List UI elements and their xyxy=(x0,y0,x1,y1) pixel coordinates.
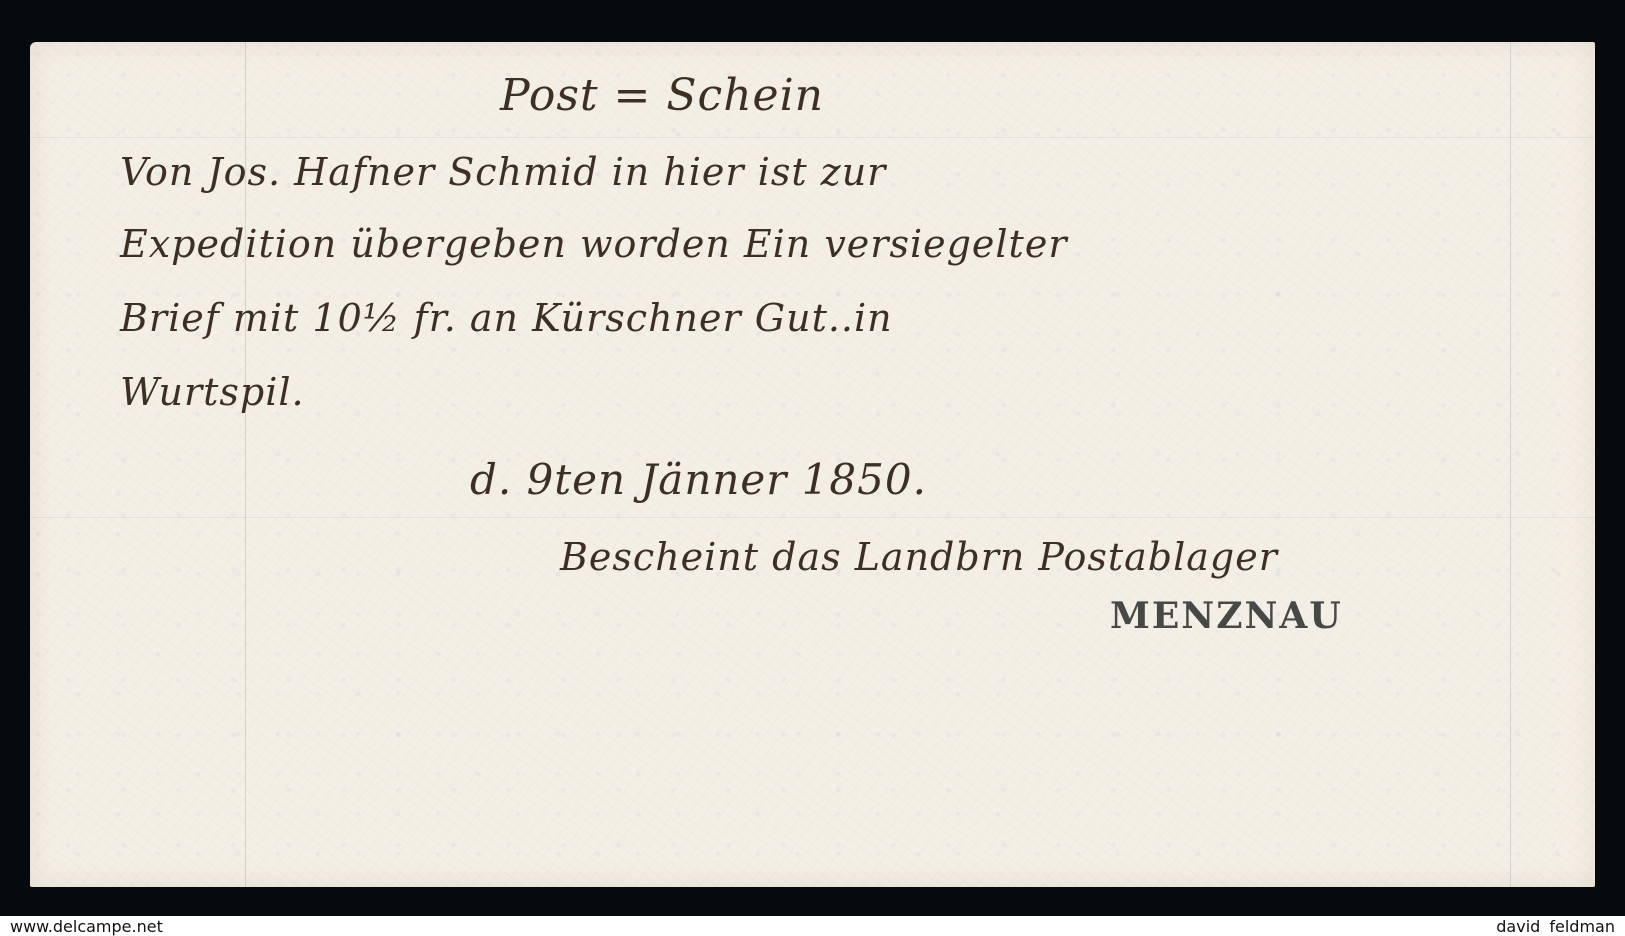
ruled-line xyxy=(30,517,1595,518)
seller-label: david feldman xyxy=(1496,917,1615,936)
text-line: Wurtspil. xyxy=(120,370,305,414)
text-line: Von Jos. Hafner Schmid in hier ist zur xyxy=(120,150,886,194)
date-line: d. 9ten Jänner 1850. xyxy=(470,455,927,504)
text-line: Brief mit 10½ fr. an Kürschner Gut..in xyxy=(120,296,893,340)
text-line: Expedition übergeben worden Ein versiege… xyxy=(120,222,1067,266)
postmark-stamp: MENZNAU xyxy=(1110,595,1343,637)
ruled-line xyxy=(30,137,1595,138)
ruled-line xyxy=(1510,42,1511,887)
signature-line: Bescheint das Landbrn Postablager xyxy=(560,535,1278,579)
document-title: Post = Schein xyxy=(500,70,824,121)
source-link[interactable]: www.delcampe.net xyxy=(10,917,163,936)
